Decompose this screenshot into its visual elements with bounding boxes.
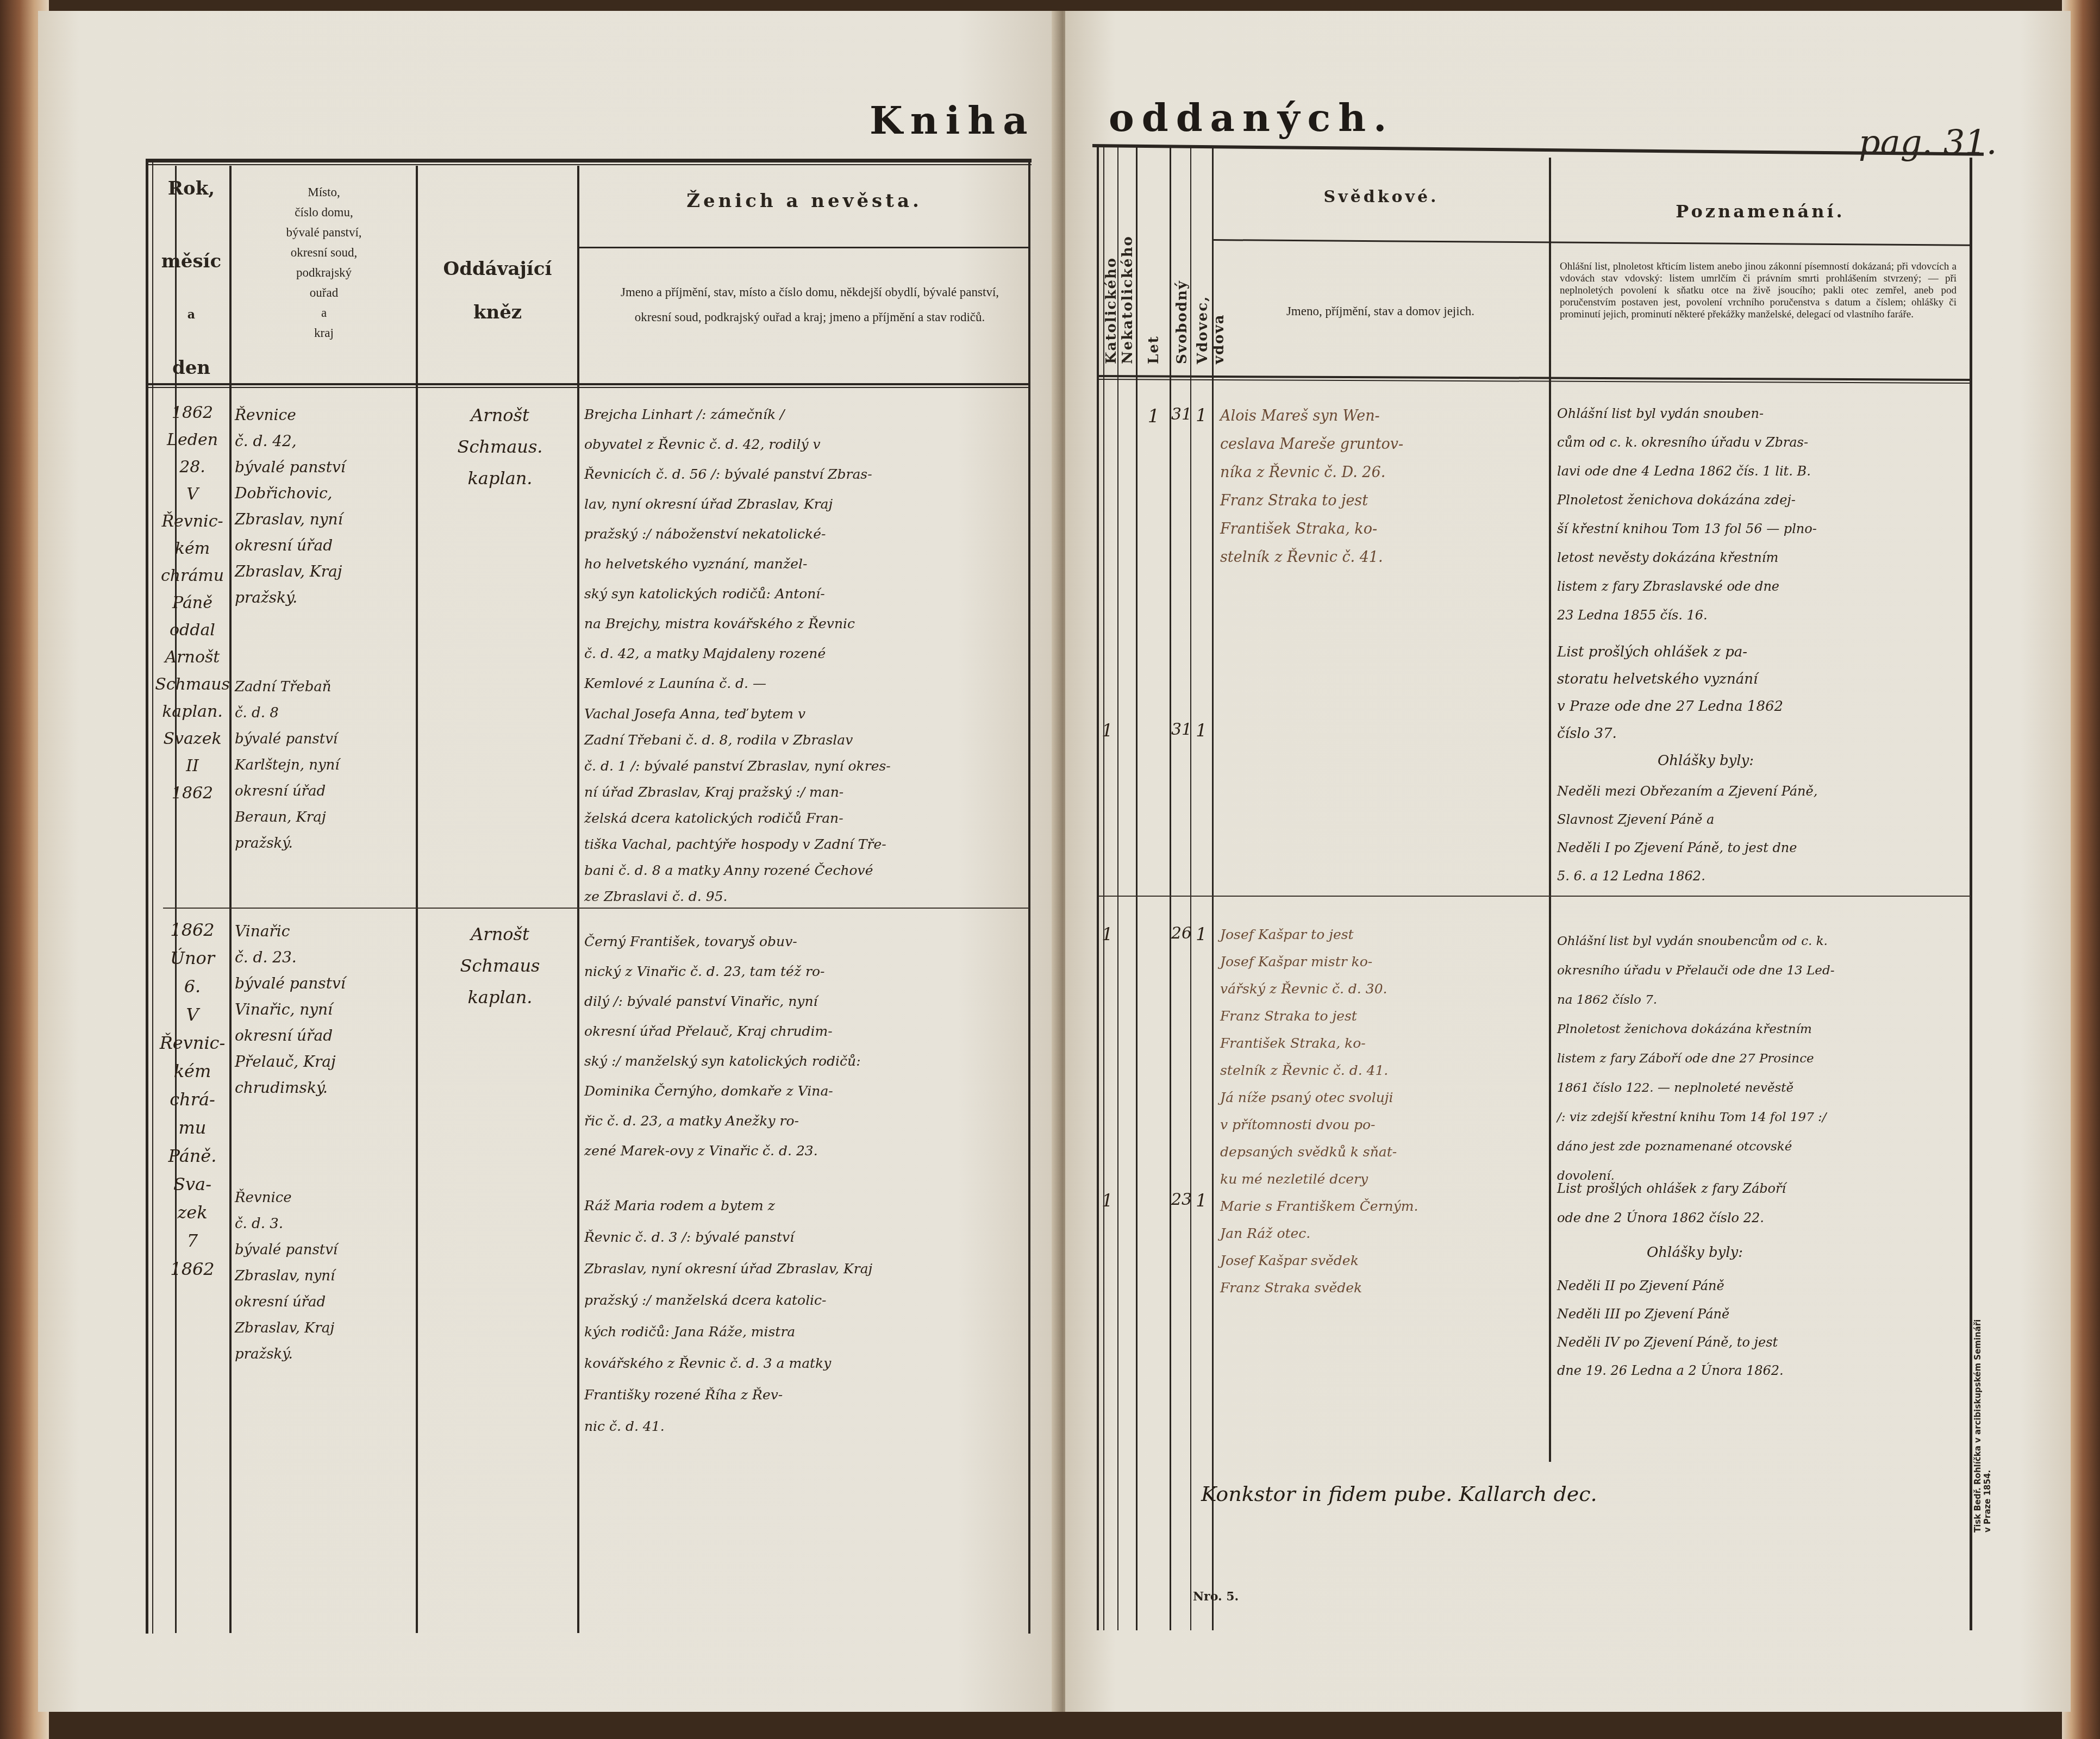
col-rule-couple [577, 166, 579, 1633]
header-witnesses-sub: Jmeno, příjmění, stav a domov jejich. [1217, 304, 1543, 318]
right-entry-divider [1099, 896, 1971, 897]
entry1-date: 1862 Leden 28. V Řevnic- kém chrámu Páně… [154, 399, 230, 807]
signature: Konkstor in fidem pube. Kallarch dec. [1201, 1478, 1908, 1510]
header-place-line: ouřad [232, 283, 416, 303]
entry2-bride-catholic: 1 [1098, 1187, 1117, 1215]
entry1-priest: Arnošt Schmaus. kaplan. [424, 399, 576, 494]
header-priest: Oddávající kněz [418, 247, 577, 334]
header-date-rok: Rok, [153, 179, 229, 198]
entry2-groom-age: 26 [1171, 921, 1190, 947]
header-place-line: okresní soud, [232, 242, 416, 262]
entry1-bride-place: Zadní Třebaň č. d. 8 bývalé panství Karl… [235, 674, 414, 856]
header-place-line: kraj [232, 323, 416, 343]
header-couple-sub: Jmeno a příjmění, stav, místo a číslo do… [609, 280, 1011, 330]
left-top-rule [146, 159, 1032, 162]
left-top-rule-thin [148, 164, 1032, 165]
right-border-inner [1103, 147, 1104, 1630]
header-couple-title: Ženich a nevěsta. [579, 190, 1029, 212]
title-right: oddaných. [1109, 95, 1394, 140]
entry2-bride-age: 23 [1171, 1187, 1190, 1213]
header-notes-sub: Ohlášní list, plnoletost křticím listem … [1560, 261, 1957, 321]
col-rule-widowed [1212, 147, 1214, 1630]
header-priest-line: kněz [418, 291, 577, 334]
entry2-groom: Černý František, tovaryš obuv- nický z V… [584, 927, 1027, 1166]
header-place: Místo, číslo domu, bývalé panství, okres… [232, 182, 416, 343]
header-single: Svobodný [1174, 288, 1189, 364]
entry1-groom-place: Řevnice č. d. 42, bývalé panství Dobřich… [235, 402, 414, 611]
header-witnesses-title: Svědkové. [1214, 187, 1549, 207]
col-rule-noncath [1136, 147, 1137, 1630]
entry1-groom: Brejcha Linhart /: zámečník / obyvatel z… [584, 399, 1027, 698]
header-date-den: den [153, 359, 229, 377]
right-border-left-page [1028, 161, 1030, 1634]
header-catholic: Katolického [1103, 255, 1117, 364]
entry1-bride-age: 31 [1171, 717, 1190, 743]
header-widowed: Vdovec, vdova [1195, 245, 1210, 364]
header-place-line: a [232, 303, 416, 323]
header-place-line: číslo domu, [232, 202, 416, 222]
entry2-banns-list: List prošlých ohlášek z fary Záboří ode … [1557, 1174, 1967, 1233]
entry2-notes: Ohlášní list byl vydán snoubencům od c. … [1557, 927, 1967, 1191]
entry2-groom-place: Vinařic č. d. 23. bývalé panství Vinařic… [235, 918, 414, 1101]
form-number: Nro. 5. [1193, 1590, 1239, 1604]
entry1-groom-single: 1 [1192, 402, 1211, 429]
col-rule-priest [416, 166, 418, 1633]
header-place-line: Místo, [232, 182, 416, 202]
col-rule-place [229, 166, 232, 1633]
entry1-bride: Vachal Josefa Anna, teď bytem v Zadní Tř… [584, 701, 1027, 910]
entry1-banns-title: Ohlášky byly: [1658, 750, 1875, 772]
entry1-banns-list: List prošlých ohlášek z pa- storatu helv… [1557, 639, 1967, 747]
printer-imprint: Tisk Bedř. Rohlíčka v arcibiskupském Sem… [1973, 1315, 1992, 1532]
header-priest-line: Oddávající [418, 247, 577, 291]
col-rule-single [1190, 147, 1191, 1630]
col-rule-religion [1117, 147, 1118, 1630]
entry1-witnesses: Alois Mareš syn Wen- ceslava Mareše grun… [1220, 402, 1546, 572]
header-date: Rok, měsíc a den [153, 179, 229, 377]
entry1-groom-noncatholic: 1 [1139, 402, 1168, 431]
entry2-bride: Ráž Maria rodem a bytem z Řevnic č. d. 3… [584, 1190, 1027, 1442]
header-bottom-rule [148, 383, 1030, 385]
entry1-groom-age: 31 [1171, 402, 1190, 428]
entry2-witnesses: Josef Kašpar to jest Josef Kašpar mistr … [1220, 921, 1546, 1302]
entry2-date: 1862 Únor 6. V Řevnic- kém chrá- mu Páně… [154, 916, 230, 1283]
header-date-a: a [153, 309, 229, 321]
col-rule-age [1170, 147, 1171, 1630]
col-rule-date [175, 166, 177, 1633]
title-left: Kniha [870, 98, 1035, 143]
col-rule-witnesses [1549, 158, 1551, 1462]
entry1-notes: Ohlášní list byl vydán snouben- cům od c… [1557, 399, 1967, 630]
entry1-banns: Neděli mezi Obřezaním a Zjevení Páně, Sl… [1557, 777, 1967, 890]
entry2-banns-title: Ohlášky byly: [1647, 1242, 1864, 1263]
header-bottom-rule-thin [148, 387, 1030, 388]
header-place-line: podkrajský [232, 262, 416, 283]
entry1-bride-catholic: 1 [1098, 717, 1117, 745]
right-border-rule [1097, 147, 1099, 1630]
entry2-bride-place: Řevnice č. d. 3. bývalé panství Zbraslav… [235, 1185, 414, 1367]
entry2-groom-single: 1 [1192, 921, 1211, 948]
page-number: pag. 31. [1859, 122, 1997, 162]
entry2-bride-single: 1 [1192, 1187, 1211, 1215]
header-place-line: bývalé panství, [232, 222, 416, 242]
header-age: Let [1146, 331, 1162, 364]
entry2-priest: Arnošt Schmaus kaplan. [424, 918, 576, 1013]
entry1-bride-single: 1 [1192, 717, 1211, 745]
header-date-mesic: měsíc [153, 252, 229, 271]
header-notes-title: Poznamenání. [1551, 201, 1970, 222]
left-border-inner [152, 161, 153, 1634]
left-border-rule [146, 161, 148, 1634]
couple-header-rule [579, 247, 1029, 248]
header-noncatholic: Nekatolického [1120, 250, 1135, 364]
entry2-groom-catholic: 1 [1098, 921, 1117, 948]
entry2-banns: Neděli II po Zjevení Páně Neděli III po … [1557, 1272, 1967, 1385]
